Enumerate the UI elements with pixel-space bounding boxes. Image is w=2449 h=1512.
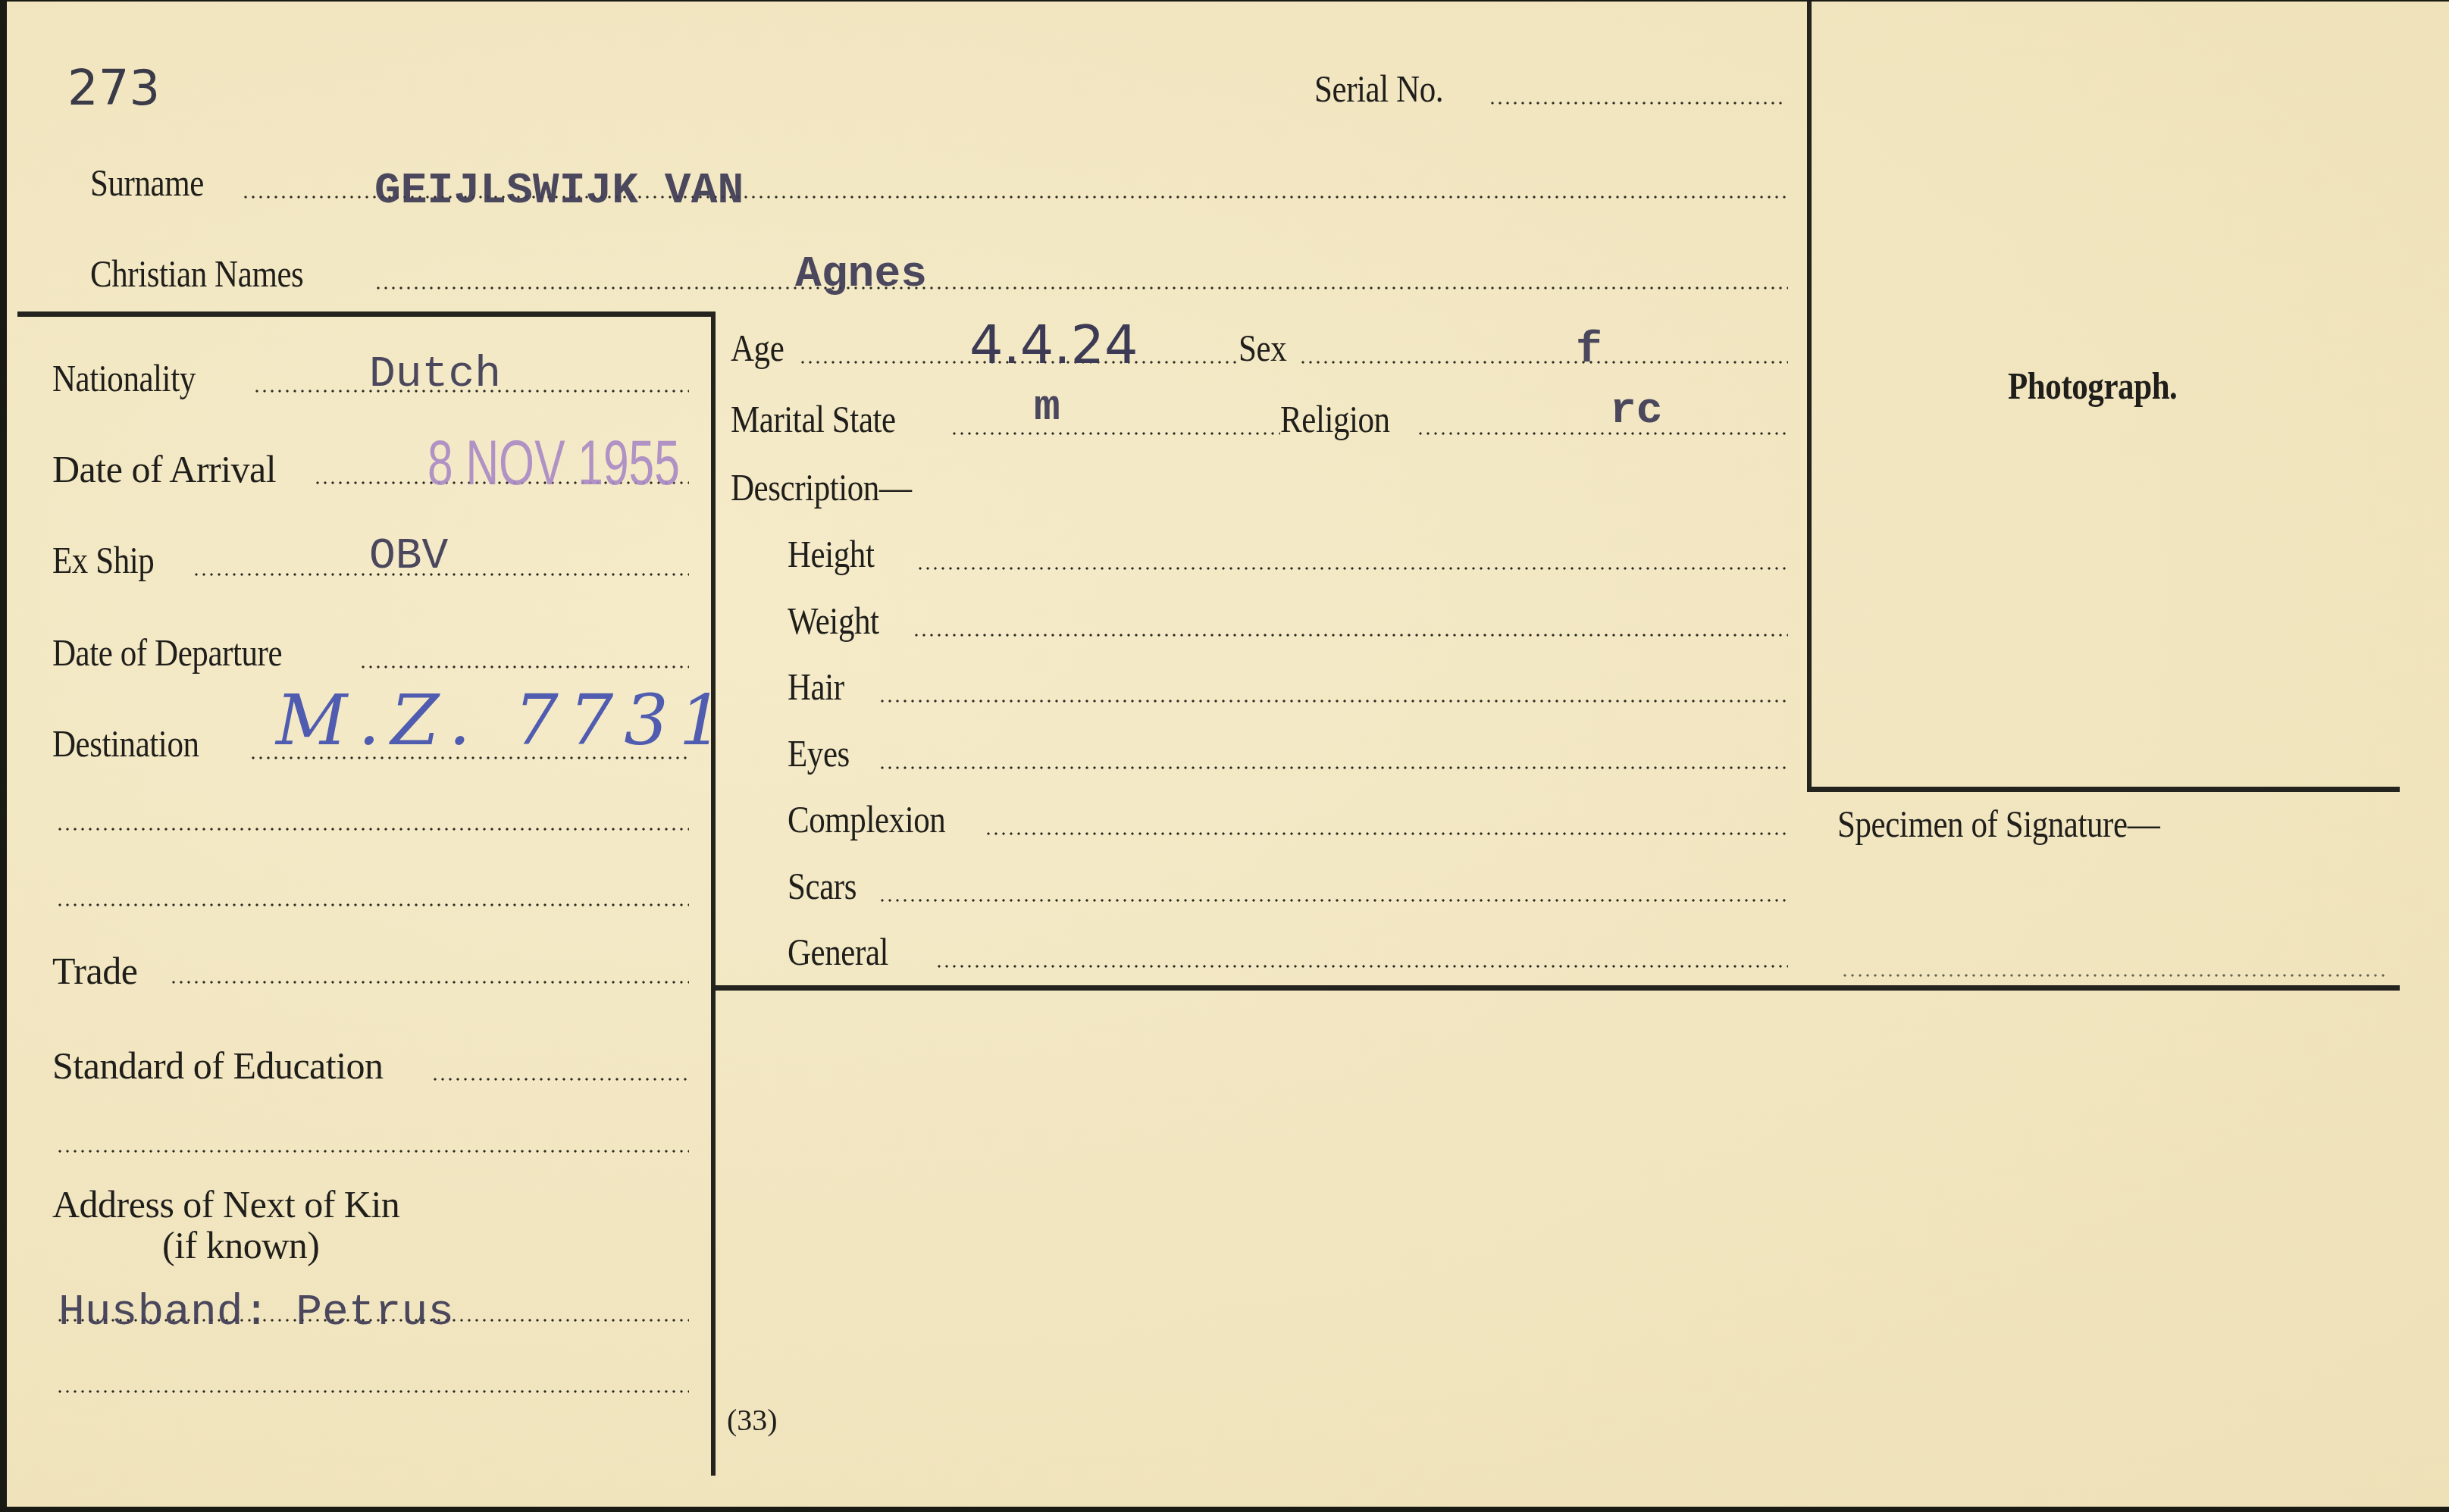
serial-label: Serial No. [1314,67,1443,111]
departure-label: Date of Departure [52,631,282,675]
eyes-label: Eyes [788,731,850,775]
weight-label: Weight [788,599,879,643]
scars-field[interactable] [878,899,1788,902]
form-number: (33) [727,1402,778,1438]
education-continuation-line[interactable] [56,1150,689,1153]
destination-label: Destination [52,722,199,765]
age-label: Age [731,326,784,370]
trade-field[interactable] [170,981,689,984]
height-label: Height [788,532,874,576]
destination-continuation-line-2[interactable] [56,903,689,906]
arrival-date-stamp: 8 NOV 1955 [427,426,680,499]
destination-continuation-line-1[interactable] [56,828,689,831]
sex-field[interactable] [1299,361,1788,364]
next-of-kin-label: Address of Next of Kin [52,1182,399,1226]
education-label: Standard of Education [52,1044,384,1088]
surname-label: Surname [90,161,204,205]
ex-ship-label: Ex Ship [52,538,154,582]
arrival-label: Date of Arrival [52,447,276,491]
marital-state-label: Marital State [731,397,896,441]
serial-field[interactable] [1489,102,1784,105]
marital-state-field[interactable] [950,432,1280,435]
complexion-field[interactable] [985,832,1788,835]
christian-names-field[interactable] [374,286,1788,290]
record-number: 273 [67,61,160,117]
christian-names-label: Christian Names [90,252,303,296]
alien-registration-card: 273 Serial No. Surname GEIJLSWIJK VAN Ch… [7,2,2449,1507]
weight-field[interactable] [913,634,1788,637]
marital-state-value: m [1034,383,1060,433]
education-field[interactable] [431,1078,689,1081]
trade-label: Trade [52,949,137,993]
sex-label: Sex [1239,326,1286,370]
nationality-value: Dutch [369,350,501,399]
surname-value: GEIJLSWIJK VAN [374,167,744,216]
general-field[interactable] [935,965,1788,968]
signature-field[interactable] [1841,974,2387,977]
religion-label: Religion [1280,397,1390,441]
left-box-right-border [711,311,716,1476]
eyes-field[interactable] [878,766,1788,769]
christian-names-value: Agnes [795,250,927,299]
height-field[interactable] [916,567,1788,570]
next-of-kin-sublabel: (if known) [162,1223,319,1267]
religion-field[interactable] [1417,432,1788,435]
nationality-label: Nationality [52,356,196,400]
next-of-kin-continuation-line[interactable] [56,1390,689,1393]
ex-ship-value: OBV [369,532,448,581]
sex-value: f [1576,326,1602,375]
signature-label: Specimen of Signature— [1837,802,2159,846]
hair-label: Hair [788,665,844,709]
next-of-kin-value: Husband: Petrus [58,1288,454,1338]
photo-box-bottom-border [1807,787,2400,792]
hair-field[interactable] [878,700,1788,703]
description-heading: Description— [731,465,911,509]
general-label: General [788,930,888,974]
religion-value: rc [1610,387,1663,436]
description-bottom-border [716,985,2400,991]
departure-field[interactable] [359,665,689,668]
left-box-top-border [17,311,716,317]
complexion-label: Complexion [788,797,945,841]
photograph-area[interactable] [1809,8,2397,784]
age-value: 4.4.24 [969,314,1138,376]
destination-handwritten-value: M.Z. 7731 [276,680,734,761]
scars-label: Scars [788,864,857,908]
